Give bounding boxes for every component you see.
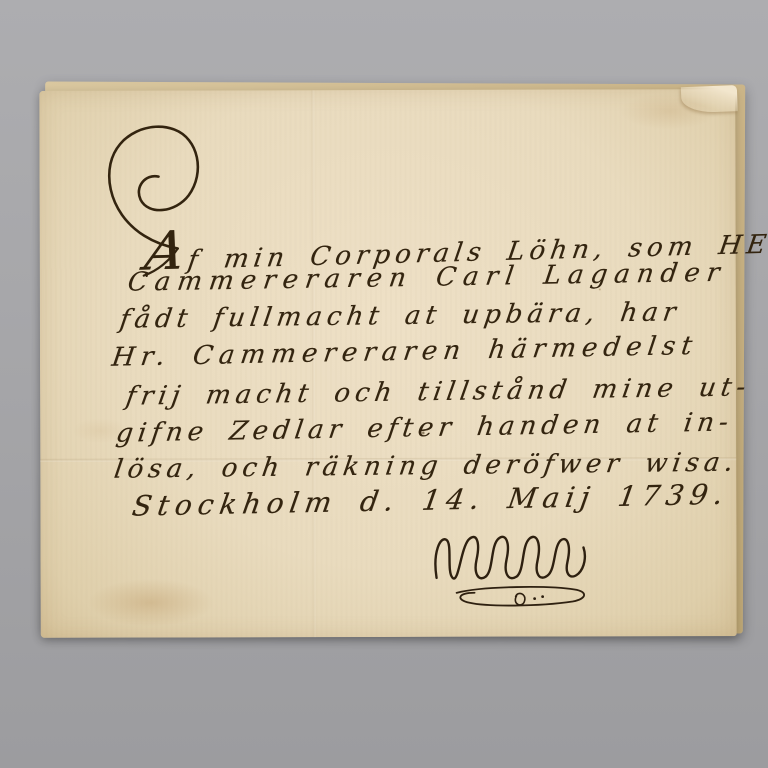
signature-flourish — [428, 525, 608, 615]
handwritten-line-5: frij macht och tillstånd mine ut- — [124, 373, 753, 411]
handwritten-line-3: fådt fullmacht at upbära, har — [118, 298, 683, 334]
handwritten-line-4: Hr. Cammereraren härmedelst — [110, 332, 700, 372]
manuscript-paper: Af min Corporals Löhn, som HEr Cammerera… — [39, 89, 736, 638]
lifted-corner — [681, 85, 738, 113]
handwritten-dateline: Stockholm d. 14. Maij 1739. — [130, 480, 731, 523]
photograph-background: Af min Corporals Löhn, som HEr Cammerera… — [0, 0, 768, 768]
handwritten-line-6: gifne Zedlar efter handen at in- — [114, 408, 735, 448]
